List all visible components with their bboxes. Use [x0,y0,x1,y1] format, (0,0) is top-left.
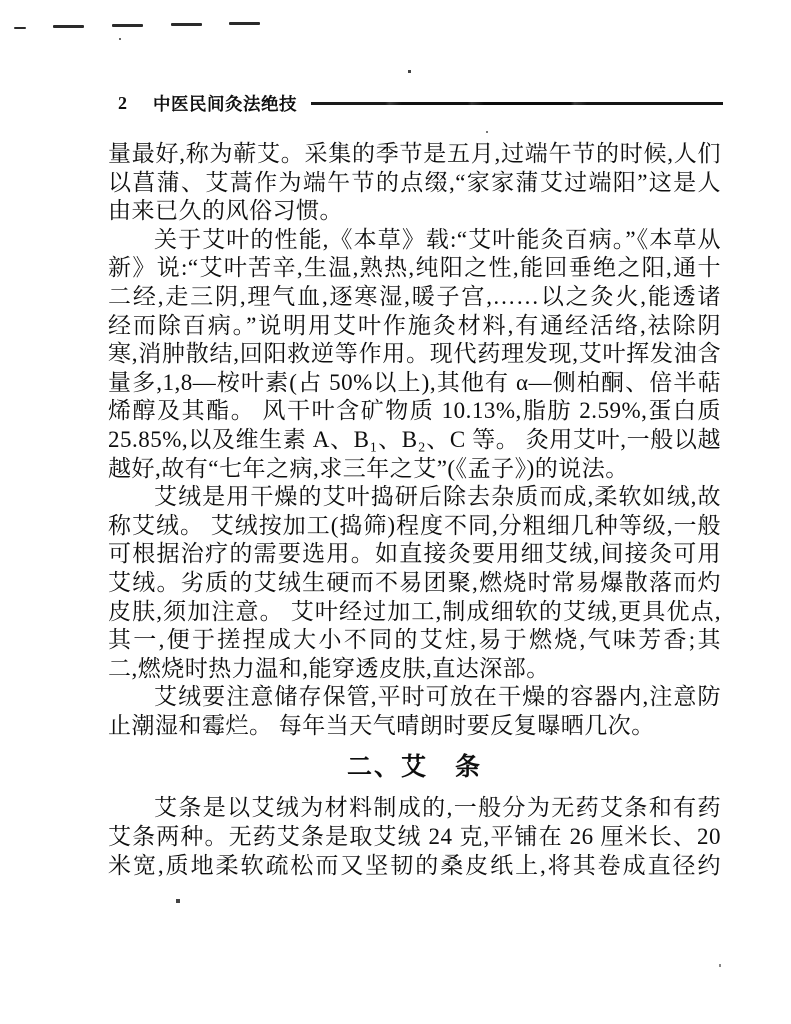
text-line: 米宽,质地柔软疏松而又坚韧的桑皮纸上,将其卷成直径约 [108,852,721,881]
text-line: 二经,走三阴,理气血,逐寒湿,暖子宫,……以之灸火,能透诸 [108,283,721,312]
text-line: 艾条两种。无药艾条是取艾绒 24 克,平铺在 26 厘米长、20 厘 [108,823,721,852]
paragraphs-before-heading: 量最好,称为蕲艾。采集的季节是五月,过端午节的时候,人们以菖蒲、艾蒿作为端午节的… [108,140,721,740]
scan-artifact-bar [171,23,202,26]
text-line: 以菖蒲、艾蒿作为端午节的点缀,“家家蒲艾过端阳”这是人们 [108,169,721,198]
text-line: 艾绒是用干燥的艾叶捣研后除去杂质而成,柔软如绒,故 [108,483,721,512]
paragraph: 关于艾叶的性能,《本草》载:“艾叶能灸百病。”《本草从新》说:“艾叶苦辛,生温,… [108,226,721,483]
text-line: 止潮湿和霉烂。 每年当天气晴朗时要反复曝晒几次。 [108,712,721,741]
text-line: 二,燃烧时热力温和,能穿透皮肤,直达深部。 [108,655,721,684]
text-line: 寒,消肿散结,回阳救逆等作用。现代药理发现,艾叶挥发油含 [108,340,721,369]
text-line: 称艾绒。 艾绒按加工(捣筛)程度不同,分粗细几种等级,一般 [108,512,721,541]
text-line: 量多,1,8—桉叶素(占 50%以上),其他有 α—侧柏酮、倍半萜 [108,369,721,398]
text-line: 新》说:“艾叶苦辛,生温,熟热,纯阳之性,能回垂绝之阳,通十 [108,254,721,283]
scanned-book-page: 2 中医民间灸法绝技 量最好,称为蕲艾。采集的季节是五月,过端午节的时候,人们以… [0,0,791,1024]
scan-speck [119,38,121,40]
paragraph: 量最好,称为蕲艾。采集的季节是五月,过端午节的时候,人们以菖蒲、艾蒿作为端午节的… [108,140,721,226]
text-line: 皮肤,须加注意。 艾叶经过加工,制成细软的艾绒,更具优点, [108,598,721,627]
text-line: 烯醇及其酯。 风干叶含矿物质 10.13%,脂肪 2.59%,蛋白质 [108,397,721,426]
scan-speck [486,131,488,133]
text-line: 艾条是以艾绒为材料制成的,一般分为无药艾条和有药 [108,794,721,823]
text-line: 艾绒。劣质的艾绒生硬而不易团聚,燃烧时常易爆散落而灼伤 [108,569,721,598]
book-title: 中医民间灸法绝技 [153,91,297,116]
section-heading: 二、艾 条 [108,751,721,785]
text-line: 经而除百病。”说明用艾叶作施灸材料,有通经活络,祛除阴 [108,312,721,341]
text-line: 25.85%,以及维生素 A、B₁、B₂、C 等。 灸用艾叶,一般以越陈 [108,426,721,455]
text-line: 由来已久的风俗习惯。 [108,197,721,226]
header-rule [311,102,723,105]
text-line: 量最好,称为蕲艾。采集的季节是五月,过端午节的时候,人们 [108,140,721,169]
scan-artifact-bar [53,25,84,28]
page-number: 2 [118,93,127,114]
scan-artifact-bar [14,27,26,29]
scan-artifact-bar [229,22,260,25]
scan-speck [408,70,411,73]
paragraph: 艾绒是用干燥的艾叶捣研后除去杂质而成,柔软如绒,故称艾绒。 艾绒按加工(捣筛)程… [108,483,721,683]
running-header: 2 中医民间灸法绝技 [118,91,723,115]
paragraphs-after-heading: 艾条是以艾绒为材料制成的,一般分为无药艾条和有药艾条两种。无药艾条是取艾绒 24… [108,794,721,880]
text-line: 其一,便于搓捏成大小不同的艾炷,易于燃烧,气味芳香;其 [108,626,721,655]
text-line: 艾绒要注意储存保管,平时可放在干燥的容器内,注意防 [108,683,721,712]
text-line: 关于艾叶的性能,《本草》载:“艾叶能灸百病。”《本草从 [108,226,721,255]
scan-speck [176,899,180,903]
scan-artifact-bar [112,24,143,27]
text-line: 越好,故有“七年之病,求三年之艾”(《孟子》)的说法。 [108,455,721,484]
scan-speck [719,964,721,967]
paragraph: 艾条是以艾绒为材料制成的,一般分为无药艾条和有药艾条两种。无药艾条是取艾绒 24… [108,794,721,880]
body-text-column: 量最好,称为蕲艾。采集的季节是五月,过端午节的时候,人们以菖蒲、艾蒿作为端午节的… [108,140,721,880]
paragraph: 艾绒要注意储存保管,平时可放在干燥的容器内,注意防止潮湿和霉烂。 每年当天气晴朗… [108,683,721,740]
text-line: 可根据治疗的需要选用。如直接灸要用细艾绒,间接灸可用粗 [108,540,721,569]
